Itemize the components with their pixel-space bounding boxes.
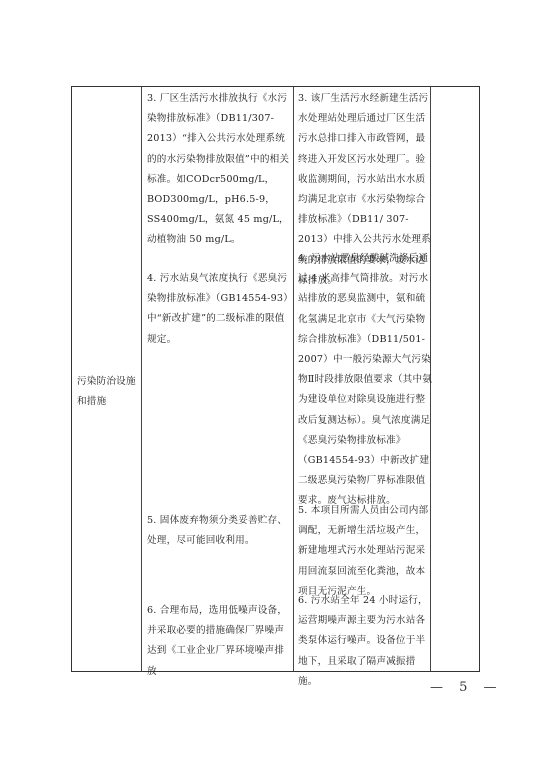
category-label: 污染防治设施和措施 (77, 372, 139, 412)
implementation-4: 4. 污水站恶臭经酸碱洗涤后通过 4 米高排气筒排放。对污水站排放的恶臭监测中，… (298, 249, 433, 512)
implementation-5: 5. 本项目所需人员由公司内部调配，无新增生活垃圾产生，新建地埋式污水处理站污泥… (298, 501, 433, 602)
implementation-6: 6. 污水站全年 24 小时运行，运营期噪声源主要为污水站各类泵体运行噪声。设备… (298, 591, 433, 692)
requirement-4: 4. 污水站臭气浓度执行《恶臭污染物排放标准》（GB14554-93）中“新改扩… (147, 269, 293, 350)
requirement-3: 3. 厂区生活污水排放执行《水污染物排放标准》（DB11/307-2013）“排… (147, 89, 293, 251)
requirement-6: 6. 合理布局，选用低噪声设备，并采取必要的措施确保厂界噪声达到《工业企业厂界环… (147, 601, 293, 682)
column-divider (293, 87, 294, 671)
column-divider (141, 87, 142, 671)
requirements-table: 污染防治设施和措施 3. 厂区生活污水排放执行《水污染物排放标准》（DB11/3… (71, 86, 480, 672)
page-number: — 5 — (430, 680, 503, 695)
requirement-5: 5. 固体废弃物须分类妥善贮存、处理，尽可能回收利用。 (147, 511, 293, 551)
